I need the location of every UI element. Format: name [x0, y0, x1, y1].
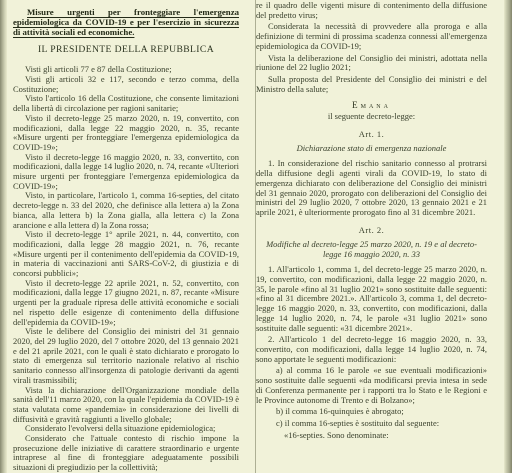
recital-sulla-proposta: Sulla proposta del Presidente del Consig… — [256, 75, 487, 94]
recital-vista-deliberazione: Vista la deliberazione del Consiglio dei… — [256, 54, 487, 73]
recital-contesto-rischio: Considerato che l'attuale contesto di ri… — [13, 434, 239, 473]
article-1-comma-1: 1. In considerazione del rischio sanitar… — [256, 159, 487, 217]
emana-heading: Emana — [256, 101, 487, 111]
recital-continuation: re il quadro delle vigenti misure di con… — [256, 1, 487, 20]
article-2-lettera-a: a) al comma 16 le parole «e sue eventual… — [256, 366, 487, 405]
article-2-16-septies-quote: «16-septies. Sono denominate: — [256, 431, 487, 441]
page-content: Misure urgenti per fronteggiare l'emerge… — [7, 0, 504, 473]
decree-title: Misure urgenti per fronteggiare l'emerge… — [13, 7, 239, 38]
article-2-lettera-b: b) il comma 16-quinquies è abrogato; — [256, 407, 487, 417]
recital-dl-22-aprile-2021: Visto il decreto-legge 22 aprile 2021, n… — [13, 279, 239, 328]
president-heading: IL PRESIDENTE DELLA REPUBBLICA — [13, 45, 239, 55]
article-2-number: Art. 2. — [256, 226, 487, 236]
page-left-edge-shadow — [0, 0, 7, 473]
article-1-title: Dichiarazione stato di emergenza naziona… — [262, 143, 481, 153]
right-column: re il quadro delle vigenti misure di con… — [244, 0, 493, 473]
article-2-comma-2: 2. All'articolo 1 del decreto-legge 16 m… — [256, 335, 487, 364]
recital-dl-25-marzo-2020: Visto il decreto-legge 25 marzo 2020, n.… — [13, 114, 239, 153]
article-2-comma-1: 1. All'articolo 1, comma 1, del decreto-… — [256, 265, 487, 333]
recital-oms-pandemia: Vista la dichiarazione dell'Organizzazio… — [13, 386, 239, 425]
left-column: Misure urgenti per fronteggiare l'emerge… — [7, 0, 244, 473]
recital-considerata-proroga: Considerata la necessità di provvedere a… — [256, 22, 487, 51]
recital-delibere-consiglio: Viste le delibere del Consiglio dei mini… — [13, 327, 239, 385]
article-1-number: Art. 1. — [256, 130, 487, 140]
recital-visto-art16: Visto l'articolo 16 della Costituzione, … — [13, 94, 239, 113]
recital-dl-16-maggio-2020: Visto il decreto-legge 16 maggio 2020, n… — [13, 153, 239, 192]
gazzetta-document-page: Misure urgenti per fronteggiare l'emerge… — [0, 0, 512, 473]
article-2-lettera-c: c) il comma 16-septies è sostituito dal … — [256, 419, 487, 429]
recital-comma-16-septies: Visto, in particolare, l'articolo 1, com… — [13, 191, 239, 230]
article-2-title: Modifiche al decreto-legge 25 marzo 2020… — [262, 239, 481, 259]
recital-dl-1-aprile-2021: Visto il decreto-legge 1° aprile 2021, n… — [13, 230, 239, 279]
recital-visti-32-117: Visti gli articoli 32 e 117, secondo e t… — [13, 75, 239, 94]
page-right-edge-shadow — [504, 0, 512, 473]
emana-subtitle: il seguente decreto-legge: — [256, 112, 487, 122]
